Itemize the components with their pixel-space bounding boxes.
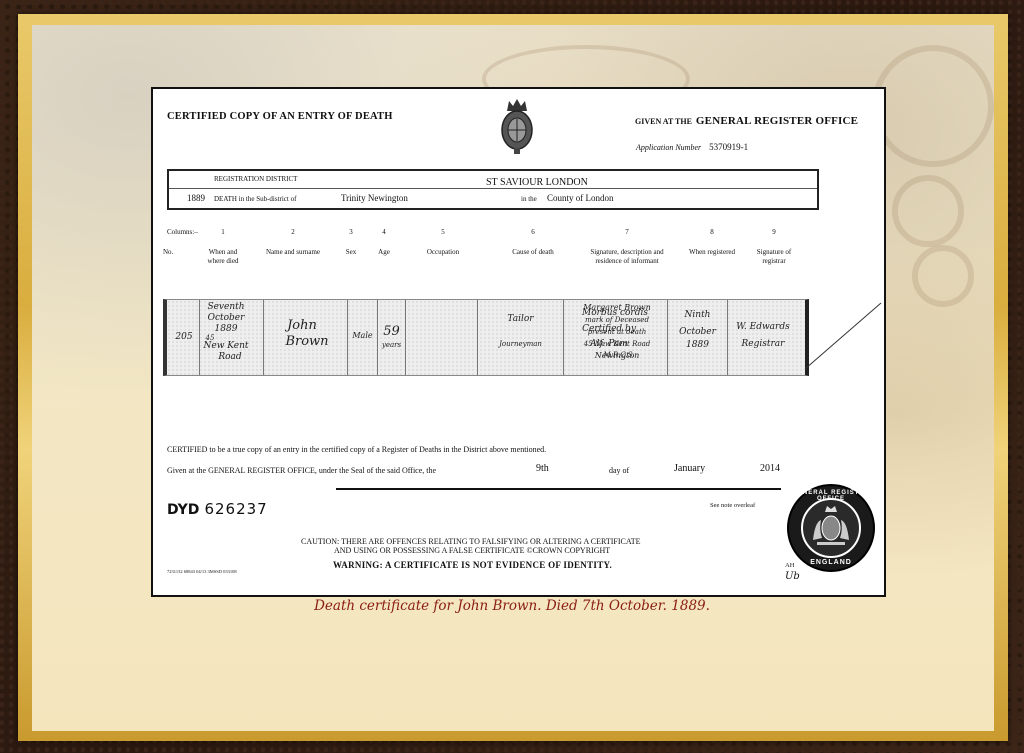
- warning-text: WARNING: A CERTIFICATE IS NOT EVIDENCE O…: [333, 560, 612, 570]
- column-header-occupation: Occupation: [408, 248, 478, 257]
- given-year: 2014: [760, 463, 780, 474]
- given-at-office: GENERAL REGISTER OFFICE: [696, 115, 858, 127]
- serial-number: DYD 626237: [167, 499, 268, 518]
- given-statement: Given at the GENERAL REGISTER OFFICE, un…: [167, 466, 436, 475]
- county: County of London: [547, 193, 614, 203]
- entry-informant: Margaret Brown mark of Deceased present …: [567, 302, 667, 362]
- column-number: 7: [617, 228, 637, 237]
- certificate-title: CERTIFIED COPY OF AN ENTRY OF DEATH: [167, 111, 393, 122]
- column-header-when-where: When and where died: [201, 248, 245, 266]
- decorative-swirl: [872, 45, 994, 167]
- column-number: 4: [374, 228, 394, 237]
- in-the-label: in the: [521, 195, 537, 203]
- cancel-diagonal-line: [803, 301, 883, 371]
- column-number: 8: [702, 228, 722, 237]
- signature-line: [336, 488, 781, 490]
- column-number: 9: [764, 228, 784, 237]
- caution-line-2: AND USING OR POSSESSING A FALSE CERTIFIC…: [334, 546, 610, 555]
- initials-signed: Ub: [785, 571, 800, 582]
- column-header-no: No.: [163, 248, 183, 257]
- column-header-age: Age: [370, 248, 398, 257]
- column-number: 3: [341, 228, 361, 237]
- caution-line-1: CAUTION: THERE ARE OFFENCES RELATING TO …: [301, 537, 641, 546]
- columns-label: Columns:–: [167, 228, 198, 236]
- death-certificate: CERTIFIED COPY OF AN ENTRY OF DEATH GIVE…: [151, 87, 886, 597]
- column-header-when-registered: When registered: [687, 248, 737, 257]
- column-header-name: Name and surname: [253, 248, 333, 257]
- see-note-overleaf: See note overleaf: [710, 502, 755, 509]
- column-number: 2: [283, 228, 303, 237]
- entry-sex: Male: [348, 330, 377, 341]
- decorative-swirl: [912, 245, 974, 307]
- registration-district-label: REGISTRATION DISTRICT: [214, 175, 297, 183]
- seal-icon: GENERAL REGISTER OFFICE ENGLAND: [787, 484, 875, 572]
- column-header-informant: Signature, description and residence of …: [581, 248, 673, 266]
- column-header-sex: Sex: [337, 248, 365, 257]
- column-header-cause: Cause of death: [493, 248, 573, 257]
- entry-registrar: W. Edwards Registrar: [728, 322, 798, 350]
- decorative-swirl: [892, 175, 964, 247]
- death-entry-row: 205 Seventh October 1889 45 New Kent Roa…: [163, 299, 809, 376]
- subdistrict-label: DEATH in the Sub-district of: [214, 195, 296, 203]
- column-number: 5: [433, 228, 453, 237]
- entry-name: John Brown: [267, 318, 347, 350]
- print-code: 7231132 68843 04/13 3MSSD 033108: [167, 569, 237, 574]
- registration-district: ST SAVIOUR LONDON: [486, 177, 588, 188]
- given-month: January: [674, 463, 705, 474]
- initials-printed: AH: [785, 562, 794, 569]
- royal-crest-icon: [499, 97, 535, 155]
- entry-occupation: Tailor Journeyman: [478, 314, 563, 350]
- caption: Death certificate for John Brown. Died 7…: [0, 598, 1024, 614]
- given-at-prefix: GIVEN AT THE: [635, 117, 692, 126]
- column-number: 6: [523, 228, 543, 237]
- day-of-label: day of: [609, 466, 629, 475]
- application-number: 5370919-1: [709, 142, 748, 152]
- application-number-label: Application Number: [636, 143, 701, 152]
- entry-when-registered: Ninth October 1889: [668, 310, 727, 351]
- given-day: 9th: [536, 463, 549, 474]
- entry-when-where: Seventh October 1889 45 New Kent Road: [201, 302, 263, 363]
- registration-year: 1889: [187, 193, 205, 203]
- column-number: 1: [213, 228, 233, 237]
- column-header-registrar: Signature of registrar: [749, 248, 799, 266]
- registration-box: REGISTRATION DISTRICT ST SAVIOUR LONDON …: [167, 169, 819, 210]
- entry-age: 59 years: [378, 324, 405, 351]
- certified-statement: CERTIFIED to be a true copy of an entry …: [167, 445, 546, 454]
- subdistrict: Trinity Newington: [341, 193, 408, 203]
